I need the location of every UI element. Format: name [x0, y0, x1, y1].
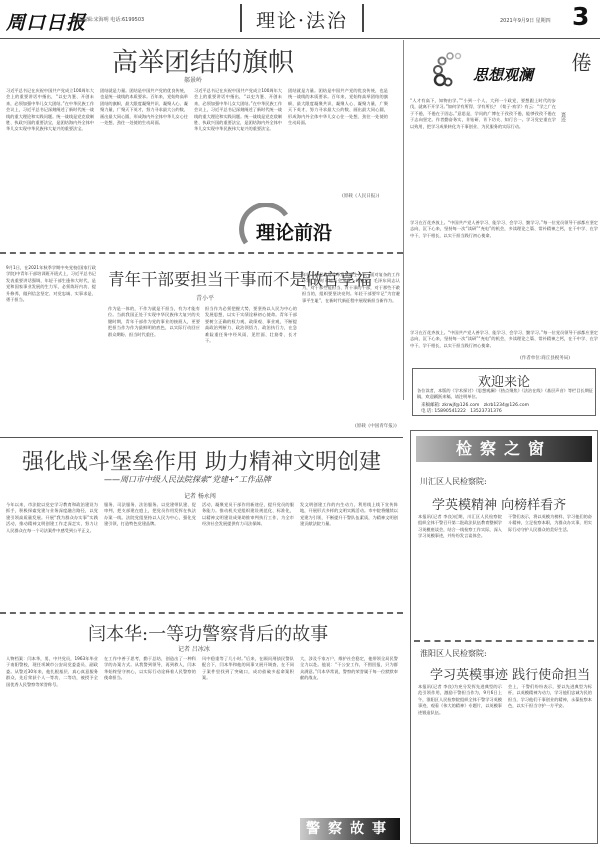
- learning-column-title: 思想观澜: [473, 64, 533, 85]
- unity-source: (原载《人民日报》): [342, 193, 379, 199]
- section-title: 理论·法治: [240, 4, 364, 32]
- chuanhui-org: 川汇区人民检察院:: [420, 476, 487, 487]
- frontier-column-title: 理论前沿: [256, 218, 332, 245]
- youth-byline: 青小平: [196, 293, 214, 302]
- welcome-body: 各位读者，本版的《学术探讨》《思想观澜》《热点聚焦》《法治在线》《基层声音》等栏…: [417, 388, 593, 401]
- learning-author: 寰迹: [560, 112, 567, 122]
- court-body-col1: 今年以来，市法院以党史学习教育和政治建设为抓手，积极探索党建与业务深度融合路径，…: [6, 502, 98, 606]
- youth-lead: 9月1日，在2021年秋季学期中央党校(国家行政学院)中青年干部培训班开班式上，…: [6, 265, 96, 430]
- editor-line: 值班编辑:宋海明 电话:6199503: [72, 16, 144, 23]
- police-byline: 记者 吕冰冰: [178, 644, 210, 653]
- youth-source: (原载《中国青年报》): [355, 423, 397, 429]
- huaiyang-org: 淮阳区人民检察院:: [420, 648, 487, 659]
- issue-date: 2021年9月9日 星期四: [500, 17, 551, 24]
- learning-source: (作者单位:商丘县税务局): [520, 355, 570, 361]
- learning-headline: 固志向学 学而不倦: [566, 52, 600, 232]
- police-headline: 闫本华:一等功警察背后的故事: [88, 620, 328, 646]
- youth-body-col2: 作为是一体的，不作为就是不担当，有为才能有位。当前我国正处于实现中华民族伟大复兴…: [108, 306, 200, 430]
- youth-body-col4: 年轻干部是推进改革发展的生力军，面对复杂的工作环境，有时可能还会承受一时委屈。毛…: [302, 272, 400, 422]
- chuanhui-body-col1: 本报讯(记者 李良)近期，川汇区人民检察院组织全体干警召开第二批政法队伍教育整顿…: [418, 514, 502, 634]
- police-column-banner: 警察故事: [300, 818, 400, 840]
- learning-body-2: 学习在百花齐放上。“中国共产党人善学习、能学习、会学习、勤学习。”每一位党员领导…: [410, 220, 598, 328]
- unity-lead: 习近平总书记在庆祝中国共产党成立100周年大会上的重要讲话中指出，“以史为鉴、开…: [6, 88, 94, 193]
- rings-logo-icon: [432, 52, 468, 88]
- procuratorate-banner: 检察之窗: [416, 436, 592, 462]
- learning-body-3: 学习在百花齐放上。“中国共产党人善学习、能学习、会学习、勤学习。”每一位党员领导…: [410, 330, 598, 352]
- phone-1: 15890541222: [434, 409, 466, 414]
- unity-body-col4: 团结就是力量。团结是中国共产党的优良传统，也是统一战线的本质要求。百年来，党始终…: [288, 88, 388, 193]
- procuratorate-divider: [414, 640, 594, 642]
- court-divider: [0, 437, 403, 438]
- court-subheadline: ——周口市中级人民法院探索“党建+”工作品牌: [104, 474, 271, 485]
- chuanhui-body-col2: 干警们表示，将以英模为榜样，学习他们的奋斗精神，立足检察本职，为群众办实事，用实…: [508, 514, 592, 634]
- learning-body: “人才有高下，知物由学。”“小到一个人，大到一个政党，要想跟上时代的步伐，就离不…: [410, 98, 556, 218]
- section-divider: [0, 252, 403, 254]
- youth-body-col3: 担当作为必须把握大势，要坚持以人民为中心的发展思想，以实干实绩诠释初心使命。青年…: [205, 306, 297, 430]
- police-divider: [0, 612, 403, 614]
- huaiyang-headline: 学习英模事迹 践行使命担当: [430, 664, 590, 683]
- welcome-box: 欢迎来论 各位读者，本版的《学术探讨》《思想观澜》《热点聚焦》《法治在线》《基层…: [412, 368, 596, 416]
- court-body-col3: 活动，凝聚党员干部作用新途径，提升党员的服务能力。推动机关党组织建设规范化、标准…: [202, 502, 294, 606]
- unity-byline: 郝景岭: [184, 75, 202, 84]
- masthead: 周口日报 值班编辑:宋海明 电话:6199503 理论·法治 2021年9月9日…: [0, 0, 600, 38]
- unity-body-col2: 团结就是力量。团结是中国共产党的优良传统，也是统一战线的本质要求。百年来，党始终…: [100, 88, 188, 193]
- masthead-rule: [0, 38, 600, 39]
- page-number: 3: [572, 2, 589, 31]
- court-byline: 记者 杨永闯: [184, 491, 216, 500]
- unity-headline: 高举团结的旗帜: [112, 42, 294, 79]
- police-body-col4: 大，涉及千家万户，维护社会稳定，他带领全局民警全力以赴。他说：“干公安工作，不图…: [300, 656, 398, 816]
- chuanhui-headline: 学英模精神 向榜样看齐: [432, 494, 566, 513]
- court-body-col4: 发文明创建工作的内生动力，利用线上线下宣传阵地，开展形式多样的文明实践活动。市中…: [300, 502, 398, 606]
- unity-body-col3: 习近平总书记在庆祝中国共产党成立100周年大会上的重要讲话中指出，“以史为鉴、开…: [194, 88, 282, 193]
- court-body-col2: 服务、司法服务、法治服务。以党建带队建、促审判，把支部建在庭上，把党员作用发挥在…: [104, 502, 196, 606]
- court-headline: 强化战斗堡垒作用 助力精神文明创建: [22, 445, 381, 476]
- police-body-col1: 人物档案：闫本华，男，中共党员，1963年毕业于南阳警校，现任项城市公安局党委委…: [6, 656, 98, 842]
- police-body-col2: 在工作中善于思考，勤于总结，创造出了一种科学的办案方式。从我警到领导，再到救人，…: [104, 656, 196, 842]
- huaiyang-body-col2: 会上，干警们纷纷表示，要以先进典型为标杆，以英模精神为动力，学习他们忠诚为民的担…: [508, 684, 592, 840]
- phone-label: 电 话:: [421, 409, 433, 414]
- phone-2: 13523731376: [470, 409, 502, 414]
- police-body-col3: 风中稳重等了几小时。”后来，在顾问刑侦民警队配合下，闫本华和他的同事又展开调查，…: [202, 656, 294, 842]
- column-divider: [403, 40, 404, 400]
- huaiyang-body-col1: 本报讯(记者 李良)为充分发挥先进典型的示范引领作用，激励干警担当作为，9月6日…: [418, 684, 502, 840]
